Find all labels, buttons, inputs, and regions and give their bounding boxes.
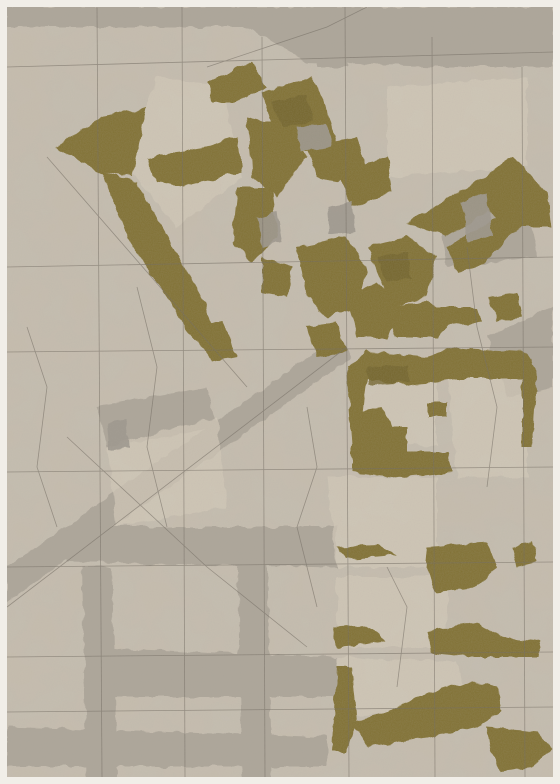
mat-border	[0, 0, 560, 784]
artwork-canvas	[7, 7, 553, 777]
map-collage-artwork	[7, 7, 553, 777]
paper-grain	[7, 7, 553, 777]
